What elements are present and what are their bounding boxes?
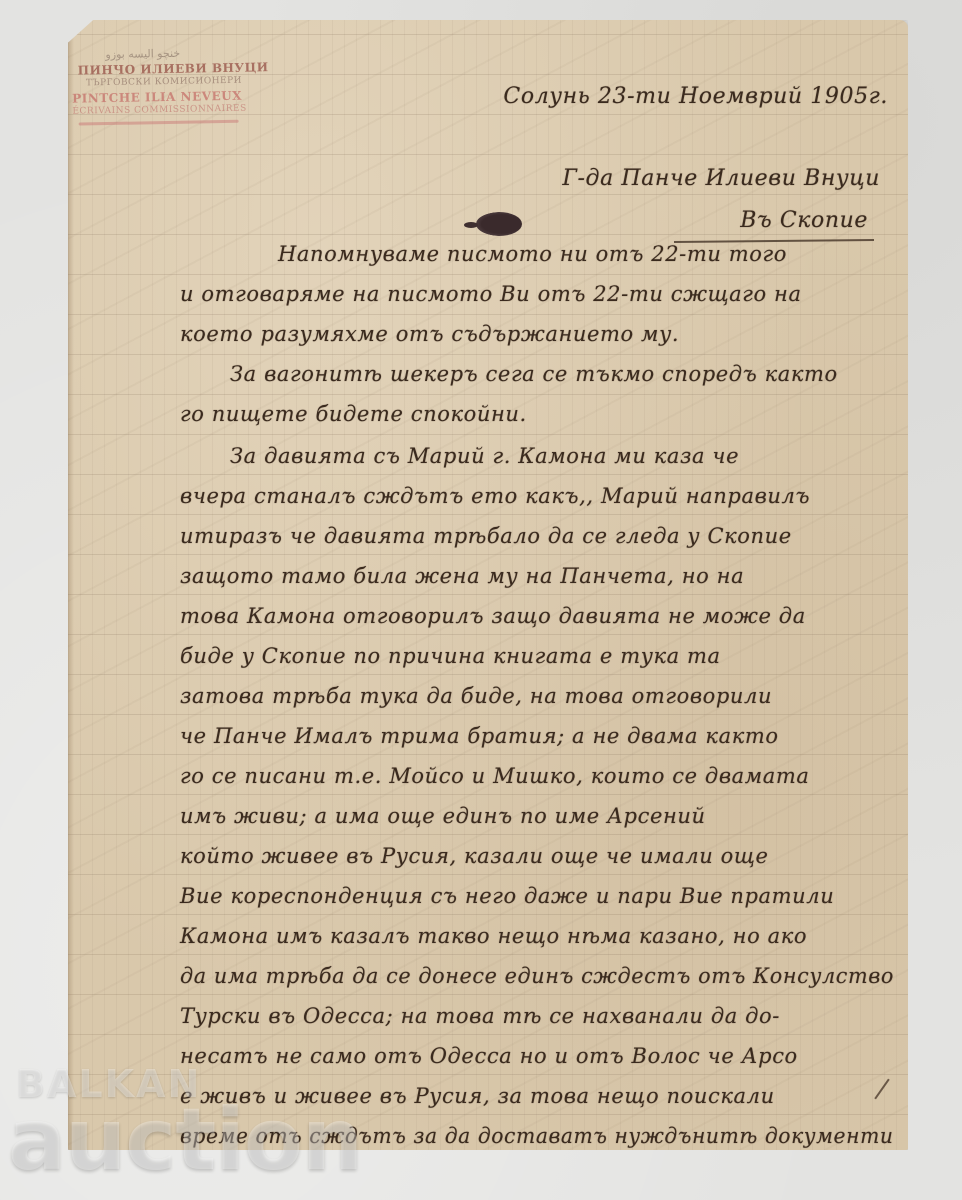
body-line: да има трѣба да се донесе единъ сждестъ … [180,964,894,988]
body-line: итиразъ че давията трѣбало да се гледа у… [180,524,792,548]
body-line: и отговаряме на писмото Ви отъ 22-ти сжщ… [180,282,802,306]
letter-addressee: Г-да Панче Илиеви Внуци [562,166,880,191]
ink-blot [476,212,522,236]
letter-city: Въ Скопие [740,208,868,233]
letterhead-subtitle: ÉCRIVAINS COMMISSIONNAIRES [72,104,262,116]
letterhead-stamp: خنچو اليسه بوزو ПИНЧО ИЛИЕВИ ВНУЦИ ТЪРГО… [71,46,262,125]
letter-date: Солунь 23-ти Ноемврий 1905г. [503,84,888,109]
letterhead-arabic-line: خنچو اليسه بوزو [105,46,261,60]
body-line: Вие кореспонденция съ него даже и пари В… [180,884,834,908]
body-line: За вагонитѣ шекеръ сега се тъкмо споредъ… [230,362,838,386]
body-line: който живее въ Русия, казали още че имал… [180,844,769,868]
body-line: което разумяхме отъ съдържанието му. [180,322,679,346]
continuation-mark [874,1079,889,1100]
letterhead-company-name: ПИНЧО ИЛИЕВИ ВНУЦИ [78,61,262,76]
letterhead-red-rule [79,120,239,126]
body-line: Напомнуваме писмото ни отъ 22-ти того [278,242,787,266]
body-line: че Панче Ималъ трима братия; а не двама … [180,724,779,748]
body-line: е живъ и живее въ Русия, за това нещо по… [180,1084,775,1108]
body-line: време отъ сждътъ за да доставатъ нуждъни… [180,1124,894,1148]
body-line: несатъ не само отъ Одесса но и отъ Волос… [180,1044,798,1068]
body-line: За давията съ Марий г. Камона ми каза че [230,444,739,468]
body-line: затова трѣба тука да биде, на това отгов… [180,684,772,708]
body-line: това Камона отговорилъ защо давията не м… [180,604,806,628]
letterhead-latin-name: PINTCHE ILIA NEVEUX [72,89,262,104]
letterhead-trade-line: ТЪРГОВСКИ КОМИСИОНЕРИ [86,76,262,88]
letter-sheet: خنچو اليسه بوزو ПИНЧО ИЛИЕВИ ВНУЦИ ТЪРГО… [68,20,908,1150]
body-line: Камона имъ казалъ такво нещо нѣма казано… [180,924,807,948]
body-line: биде у Скопие по причина книгата е тука … [180,644,721,668]
body-line: имъ живи; а има още единъ по име Арсений [180,804,706,828]
body-line: го се писани т.е. Мойсо и Мишко, които с… [180,764,810,788]
body-line: Турски въ Одесса; на това тѣ се нахванал… [180,1004,780,1028]
body-line: защото тамо била жена му на Панчета, но … [180,564,744,588]
body-line: го пищете бидете спокойни. [180,402,527,426]
body-line: вчера станалъ сждътъ ето какъ,, Марий на… [180,484,810,508]
